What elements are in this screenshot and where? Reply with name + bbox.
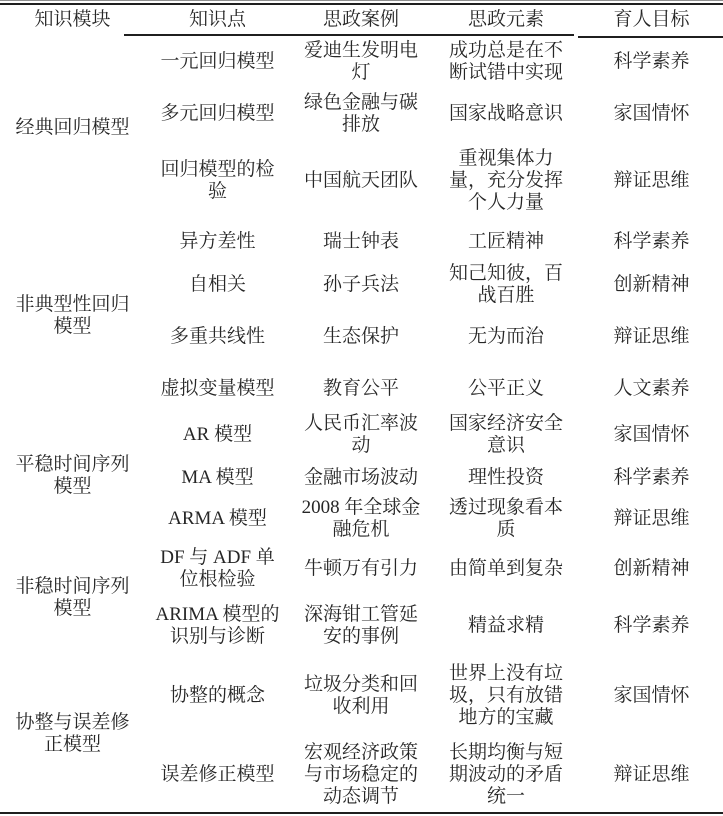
knowledge-point-cell: 一元回归模型 bbox=[145, 35, 290, 88]
case-cell: 牛顿万有引力 bbox=[290, 541, 432, 597]
goal-cell: 家国情怀 bbox=[580, 655, 723, 737]
table-row: 非典型性回归 模型 异方差性 瑞士钟表 工匠精神 科学素养 bbox=[0, 221, 723, 262]
element-cell: 成功总是在不 断试错中实现 bbox=[432, 35, 580, 88]
case-cell: 生态保护 bbox=[290, 308, 432, 366]
element-cell: 无为而治 bbox=[432, 308, 580, 366]
knowledge-point-cell: 多重共线性 bbox=[145, 308, 290, 366]
case-cell: 2008 年全球金 融危机 bbox=[290, 497, 432, 541]
element-cell: 世界上没有垃 圾，只有放错 地方的宝藏 bbox=[432, 655, 580, 737]
element-cell: 公平正义 bbox=[432, 366, 580, 411]
goal-cell: 人文素养 bbox=[580, 366, 723, 411]
case-cell: 垃圾分类和回 收利用 bbox=[290, 655, 432, 737]
element-cell: 长期均衡与短 期波动的矛盾 统一 bbox=[432, 737, 580, 812]
bottom-rule bbox=[0, 812, 723, 814]
knowledge-point-cell: ARIMA 模型的 识别与诊断 bbox=[145, 597, 290, 655]
goal-cell: 辩证思维 bbox=[580, 497, 723, 541]
case-cell: 人民币汇率波 动 bbox=[290, 411, 432, 458]
element-cell: 理性投资 bbox=[432, 458, 580, 497]
knowledge-point-cell: 异方差性 bbox=[145, 221, 290, 262]
table-row: 平稳时间序列 模型 AR 模型 人民币汇率波 动 国家经济安全 意识 家国情怀 bbox=[0, 411, 723, 458]
element-cell: 知己知彼，百 战百胜 bbox=[432, 262, 580, 308]
paper-table-page: 知识模块 知识点 思政案例 思政元素 育人目标 经典回归模型 一元回归模型 爱迪… bbox=[0, 0, 723, 816]
case-cell: 孙子兵法 bbox=[290, 262, 432, 308]
goal-cell: 辩证思维 bbox=[580, 308, 723, 366]
goal-cell: 家国情怀 bbox=[580, 411, 723, 458]
knowledge-point-cell: DF 与 ADF 单 位根检验 bbox=[145, 541, 290, 597]
element-cell: 国家经济安全 意识 bbox=[432, 411, 580, 458]
goal-cell: 科学素养 bbox=[580, 35, 723, 88]
column-header-knowledge-module: 知识模块 bbox=[0, 5, 145, 35]
element-cell: 国家战略意识 bbox=[432, 88, 580, 140]
knowledge-point-cell: AR 模型 bbox=[145, 411, 290, 458]
case-cell: 中国航天团队 bbox=[290, 140, 432, 221]
goal-cell: 科学素养 bbox=[580, 597, 723, 655]
knowledge-point-cell: 自相关 bbox=[145, 262, 290, 308]
case-cell: 绿色金融与碳 排放 bbox=[290, 88, 432, 140]
module-cell-classic-regression: 经典回归模型 bbox=[0, 35, 145, 221]
header-row: 知识模块 知识点 思政案例 思政元素 育人目标 bbox=[0, 5, 723, 35]
goal-cell: 创新精神 bbox=[580, 262, 723, 308]
case-cell: 瑞士钟表 bbox=[290, 221, 432, 262]
column-header-knowledge-point: 知识点 bbox=[145, 5, 290, 35]
goal-cell: 科学素养 bbox=[580, 221, 723, 262]
module-cell-cointegration-ecm: 协整与误差修 正模型 bbox=[0, 655, 145, 812]
knowledge-point-cell: 虚拟变量模型 bbox=[145, 366, 290, 411]
goal-cell: 创新精神 bbox=[580, 541, 723, 597]
element-cell: 透过现象看本 质 bbox=[432, 497, 580, 541]
module-cell-stationary-timeseries: 平稳时间序列 模型 bbox=[0, 411, 145, 541]
module-cell-atypical-regression: 非典型性回归 模型 bbox=[0, 221, 145, 411]
knowledge-point-cell: 多元回归模型 bbox=[145, 88, 290, 140]
column-header-education-goal: 育人目标 bbox=[580, 5, 723, 35]
case-cell: 教育公平 bbox=[290, 366, 432, 411]
top-rule-thin bbox=[0, 0, 723, 1]
knowledge-point-cell: 误差修正模型 bbox=[145, 737, 290, 812]
knowledge-point-cell: 协整的概念 bbox=[145, 655, 290, 737]
goal-cell: 家国情怀 bbox=[580, 88, 723, 140]
module-cell-nonstationary-timeseries: 非稳时间序列 模型 bbox=[0, 541, 145, 655]
case-cell: 金融市场波动 bbox=[290, 458, 432, 497]
column-header-ideology-element: 思政元素 bbox=[432, 5, 580, 35]
element-cell: 工匠精神 bbox=[432, 221, 580, 262]
case-cell: 宏观经济政策 与市场稳定的 动态调节 bbox=[290, 737, 432, 812]
table-row: 协整与误差修 正模型 协整的概念 垃圾分类和回 收利用 世界上没有垃 圾，只有放… bbox=[0, 655, 723, 737]
case-cell: 爱迪生发明电 灯 bbox=[290, 35, 432, 88]
case-cell: 深海钳工管延 安的事例 bbox=[290, 597, 432, 655]
course-ideology-table: 知识模块 知识点 思政案例 思政元素 育人目标 经典回归模型 一元回归模型 爱迪… bbox=[0, 5, 723, 812]
goal-cell: 辩证思维 bbox=[580, 737, 723, 812]
knowledge-point-cell: MA 模型 bbox=[145, 458, 290, 497]
table-row: 经典回归模型 一元回归模型 爱迪生发明电 灯 成功总是在不 断试错中实现 科学素… bbox=[0, 35, 723, 88]
knowledge-point-cell: ARMA 模型 bbox=[145, 497, 290, 541]
table-row: 非稳时间序列 模型 DF 与 ADF 单 位根检验 牛顿万有引力 由简单到复杂 … bbox=[0, 541, 723, 597]
element-cell: 重视集体力 量，充分发挥 个人力量 bbox=[432, 140, 580, 221]
element-cell: 精益求精 bbox=[432, 597, 580, 655]
element-cell: 由简单到复杂 bbox=[432, 541, 580, 597]
goal-cell: 科学素养 bbox=[580, 458, 723, 497]
goal-cell: 辩证思维 bbox=[580, 140, 723, 221]
column-header-ideology-case: 思政案例 bbox=[290, 5, 432, 35]
knowledge-point-cell: 回归模型的检 验 bbox=[145, 140, 290, 221]
